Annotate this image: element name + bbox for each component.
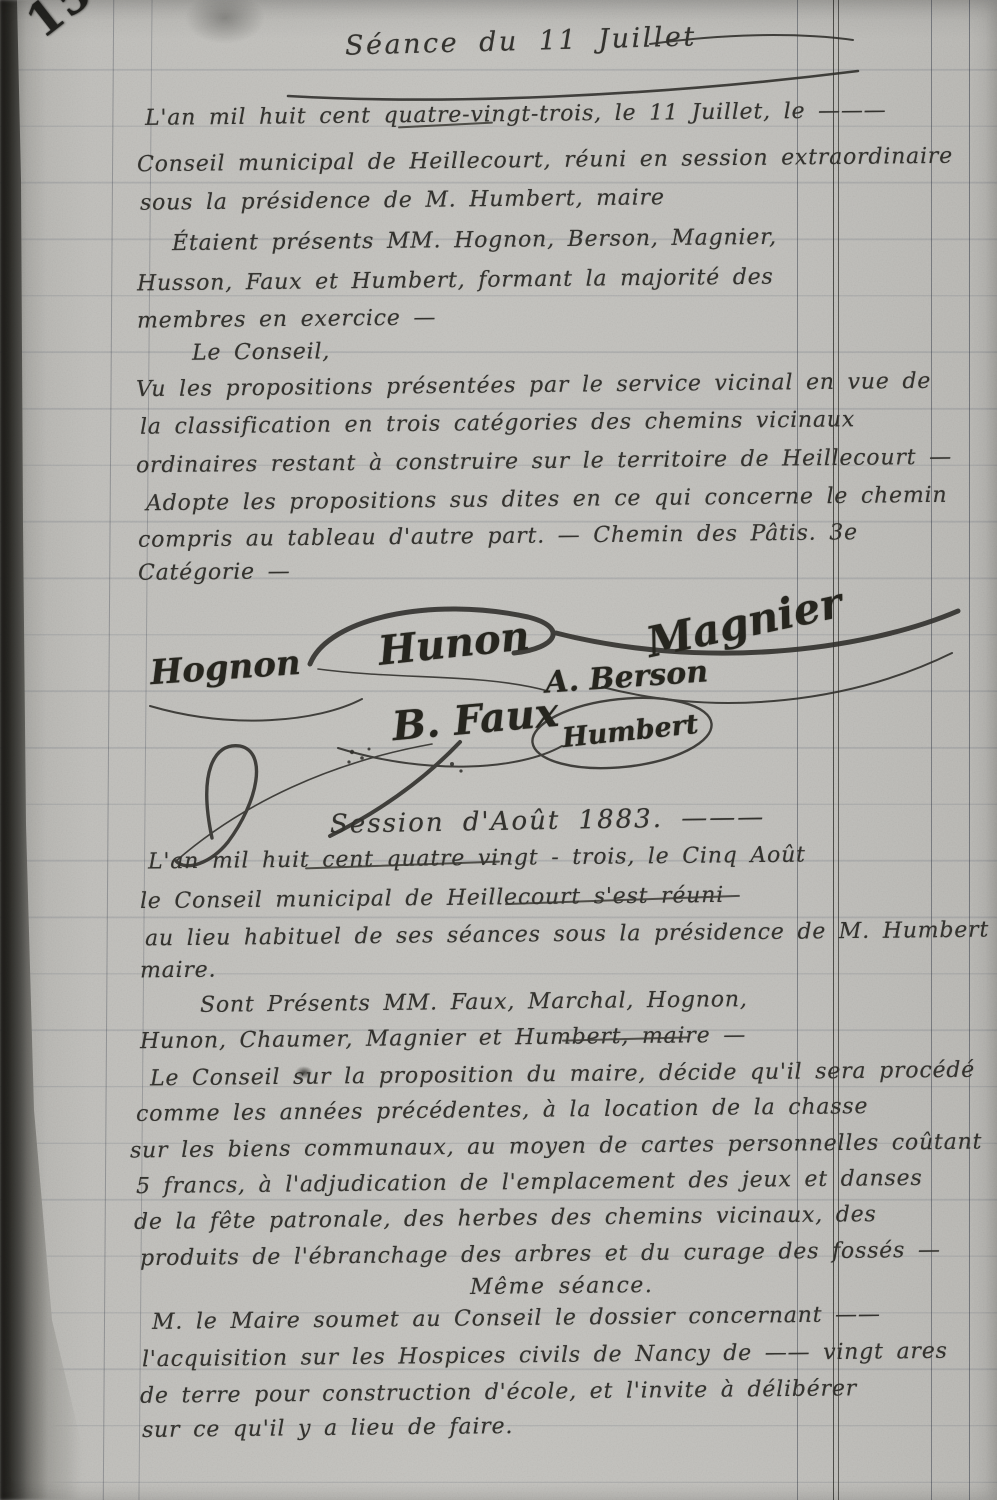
manuscript-line: 5 francs, à l'adjudication de l'emplacem… [136,1166,923,1199]
right-margin-line-1 [797,0,798,1500]
manuscript-line: Le Conseil, [192,339,330,365]
right-margin-line-2a [833,0,834,1500]
faux-underline [338,746,562,767]
entry2-title: Session d'Août 1883. ——— [330,802,766,840]
manuscript-line: Vu les propositions présentées par le se… [136,369,931,402]
right-margin-line-4 [969,0,970,1500]
hunon-flourish-tail [318,669,548,691]
manuscript-line: sur les biens communaux, au moyen de car… [130,1130,982,1164]
manuscript-line: l'acquisition sur les Hospices civils de… [142,1339,948,1372]
manuscript-line: membres en exercice — [137,305,437,333]
right-margin-line-3 [931,0,932,1500]
right-margin-line-2b [838,0,839,1500]
manuscript-line: Husson, Faux et Humbert, formant la majo… [137,265,774,297]
manuscript-line: Le Conseil sur la proposition du maire, … [150,1058,975,1092]
manuscript-line: Sont Présents MM. Faux, Marchal, Hognon, [200,987,748,1018]
manuscript-line: de la fête patronale, des herbes des che… [134,1202,877,1235]
signature-berson: A. Berson [544,654,709,700]
manuscript-line: Catégorie — [138,559,291,586]
signature-humbert: Humbert [561,709,700,754]
binding-edge [0,0,95,1500]
manuscript-line: le Conseil municipal de Heillecourt s'es… [140,883,724,914]
left-margin-line-inner [138,0,152,1500]
binding-edge-shadow [0,0,46,1500]
hognon-flourish [150,699,362,721]
manuscript-line: Adopte les propositions sus dites en ce … [146,483,948,516]
manuscript-line: L'an mil huit cent quatre-vingt-trois, l… [145,98,887,131]
signature-hognon: Hognon [149,643,302,693]
entry1-title: Séance du 11 Juillet [345,21,697,61]
manuscript-line: Étaient présents MM. Hognon, Berson, Mag… [172,225,777,256]
register-page-scan: 152 Séance [0,0,997,1500]
ink-dots [347,748,462,773]
page-number-stamp: 152 [16,0,130,49]
section-paraph-sweep [176,744,432,861]
signature-hunon: Hunon [376,612,532,675]
manuscript-line: au lieu habituel de ses séances sous la … [145,918,989,952]
manuscript-line: la classification en trois catégories de… [140,407,855,439]
signature-faux: B. Faux [390,689,560,750]
manuscript-line: sur ce qu'il y a lieu de faire. [142,1414,513,1443]
manuscript-line: L'an mil huit cent quatre vingt - trois,… [148,843,806,875]
manuscript-line: maire. [140,958,217,984]
title-underline-stroke [288,71,858,100]
manuscript-line: compris au tableau d'autre part. — Chemi… [138,520,858,553]
manuscript-line: ordinaires restant à construire sur le t… [136,445,952,479]
manuscript-line: Hunon, Chaumer, Magnier et Humbert, mair… [140,1023,746,1054]
left-margin-line-outer [103,0,114,1500]
ink-smudge [185,0,265,44]
meme-seance-heading: Même séance. [470,1273,654,1300]
manuscript-line: comme les années précédentes, à la locat… [136,1094,869,1127]
manuscript-line: sous la présidence de M. Humbert, maire [140,185,665,215]
manuscript-line: de terre pour construction d'école, et l… [140,1376,857,1409]
signature-magnier: Magnier [642,578,846,667]
manuscript-line: produits de l'ébranchage des arbres et d… [140,1238,941,1271]
manuscript-line: Conseil municipal de Heillecourt, réuni … [137,144,953,178]
manuscript-line: M. le Maire soumet au Conseil le dossier… [152,1302,881,1335]
